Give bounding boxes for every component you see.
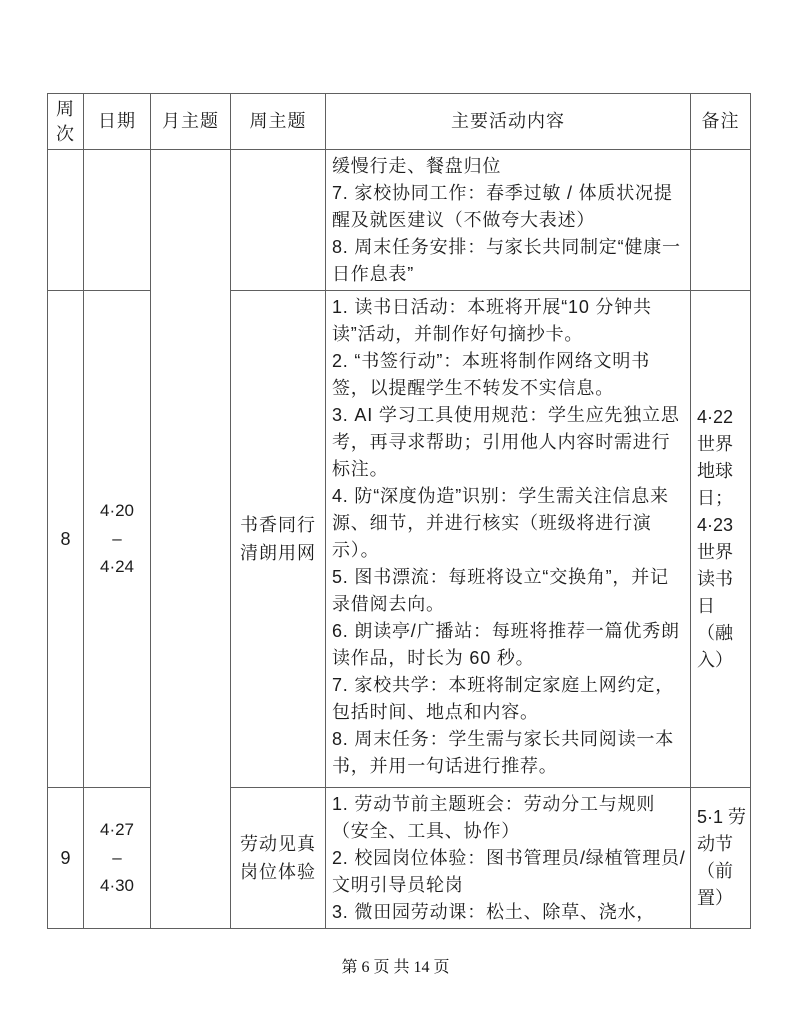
table-row-continuation: 缓慢行走、餐盘归位 7. 家校协同工作：春季过敏 / 体质状况提醒及就医建议（不…	[48, 150, 751, 291]
col-header-week-theme: 周主题	[231, 94, 326, 150]
col-header-date: 日期	[84, 94, 151, 150]
date-cell: 4·20 – 4·24	[84, 291, 151, 788]
week-number-cell: 8	[48, 291, 84, 788]
page-footer: 第 6 页 共 14 页	[0, 954, 791, 977]
col-header-month-theme: 月主题	[151, 94, 231, 150]
note-cell	[691, 150, 751, 291]
document-page: 周次 日期 月主题 周主题 主要活动内容 备注 缓慢行走、餐盘归位 7. 家校协…	[0, 0, 791, 1024]
week-number-cell: 9	[48, 788, 84, 929]
date-cell	[84, 150, 151, 291]
note-cell: 4·22 世界地球日；4·23 世界读书日（融入）	[691, 291, 751, 788]
note-cell: 5·1 劳动节（前置）	[691, 788, 751, 929]
activities-cell: 1. 劳动节前主题班会：劳动分工与规则（安全、工具、协作） 2. 校园岗位体验：…	[326, 788, 691, 929]
month-theme-cell	[151, 150, 231, 929]
activities-cell: 1. 读书日活动：本班将开展“10 分钟共读”活动，并制作好句摘抄卡。 2. “…	[326, 291, 691, 788]
week-number-cell	[48, 150, 84, 291]
week-theme-cell: 书香同行 清朗用网	[231, 291, 326, 788]
activities-cell: 缓慢行走、餐盘归位 7. 家校协同工作：春季过敏 / 体质状况提醒及就医建议（不…	[326, 150, 691, 291]
table-header-row: 周次 日期 月主题 周主题 主要活动内容 备注	[48, 94, 751, 150]
week-theme-cell: 劳动见真 岗位体验	[231, 788, 326, 929]
schedule-table: 周次 日期 月主题 周主题 主要活动内容 备注 缓慢行走、餐盘归位 7. 家校协…	[47, 93, 751, 929]
col-header-notes: 备注	[691, 94, 751, 150]
col-header-main-activities: 主要活动内容	[326, 94, 691, 150]
date-cell: 4·27 – 4·30	[84, 788, 151, 929]
col-header-week-number: 周次	[48, 94, 84, 150]
week-theme-cell	[231, 150, 326, 291]
